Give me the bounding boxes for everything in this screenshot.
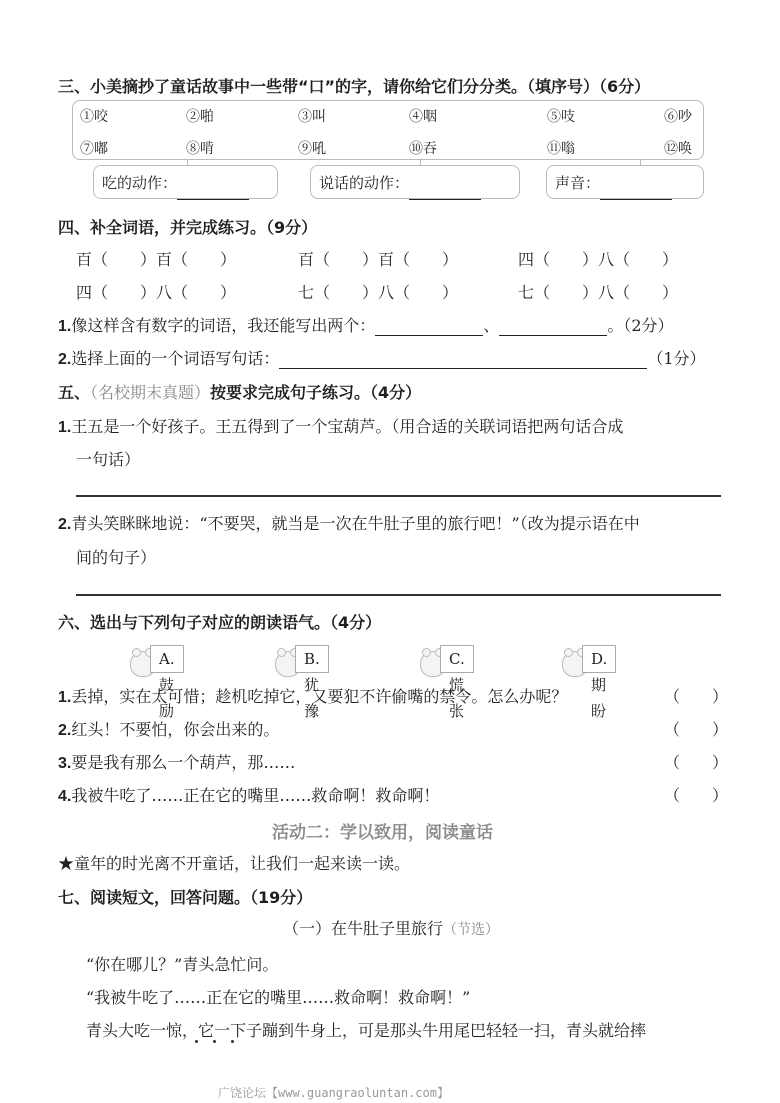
activity-intro: ★童年的时光离不开童话，让我们一起来读一读。 <box>58 851 410 874</box>
category-speaking: 说话的动作： <box>310 165 520 199</box>
char-4: ④咽 <box>409 106 437 126</box>
q6-item-4: 4.我被牛吃了……正在它的嘴里……救命啊！救命啊！ <box>58 783 439 806</box>
word-blank[interactable]: 四（ ）八（ ） <box>518 247 678 270</box>
answer-paren[interactable]: （ ） <box>664 783 728 806</box>
answer-paren[interactable]: （ ） <box>664 717 728 740</box>
answer-paren[interactable]: （ ） <box>664 684 728 707</box>
answer-blank[interactable] <box>600 179 672 200</box>
q3-title: 三、小美摘抄了童话故事中一些带“口”的字，请你给它们分分类。（填序号）（6分） <box>58 74 650 97</box>
char-box <box>72 100 704 160</box>
q4-item-2: 2.选择上面的一个词语写句话：（1分） <box>58 346 706 369</box>
word-blank[interactable]: 百（ ）百（ ） <box>76 247 236 270</box>
answer-blank[interactable] <box>177 179 249 200</box>
word-blank[interactable]: 四（ ）八（ ） <box>76 280 236 303</box>
q6-item-1: 1.丢掉，实在太可惜；趁机吃掉它，又要犯不许偷嘴的禁令。怎么办呢？ <box>58 684 567 707</box>
q7-title: 七、阅读短文，回答问题。（19分） <box>58 885 312 908</box>
category-sound: 声音： <box>546 165 704 199</box>
char-7: ⑦嘟 <box>80 138 108 158</box>
char-6: ⑥吵 <box>664 106 692 126</box>
char-9: ⑨吼 <box>298 138 326 158</box>
q5-item-1: 1.王五是一个好孩子。王五得到了一个宝葫芦。（用合适的关联词语把两句话合成 <box>58 414 623 437</box>
paragraph: “我被牛吃了……正在它的嘴里……救命啊！救命啊！” <box>86 985 470 1008</box>
word-blank[interactable]: 七（ ）八（ ） <box>298 280 458 303</box>
q5-item-2-cont: 间的句子） <box>76 545 156 568</box>
paragraph: “你在哪儿？”青头急忙问。 <box>86 952 278 975</box>
answer-line[interactable] <box>76 594 721 596</box>
char-11: ⑪嗡 <box>547 138 575 158</box>
word-blank[interactable]: 七（ ）八（ ） <box>518 280 678 303</box>
q5-item-1-cont: 一句话） <box>76 447 140 470</box>
passage-title: （一）在牛肚子里旅行（节选） <box>283 916 499 939</box>
answer-blank[interactable] <box>279 348 647 369</box>
answer-blank[interactable] <box>499 315 607 336</box>
q4-item-1: 1.像这样含有数字的词语，我还能写出两个：、。（2分） <box>58 313 674 336</box>
char-2: ②啪 <box>186 106 214 126</box>
watermark: 广饶论坛【www.guangraoluntan.com】 <box>218 1084 449 1101</box>
paragraph: 青头大吃一惊，它一下子蹦到牛身上，可是那头牛用尾巴轻轻一扫，青头就给摔 <box>86 1018 646 1041</box>
source-tag: （名校期末真题） <box>90 383 210 402</box>
char-8: ⑧啃 <box>186 138 214 158</box>
answer-line[interactable] <box>76 495 721 497</box>
answer-blank[interactable] <box>375 315 483 336</box>
emphasis-dot <box>195 1040 198 1043</box>
char-1: ①咬 <box>80 106 108 126</box>
q6-item-3: 3.要是我有那么一个葫芦，那…… <box>58 750 295 773</box>
word-blank[interactable]: 百（ ）百（ ） <box>298 247 458 270</box>
q5-item-2: 2.青头笑眯眯地说：“不要哭，就当是一次在牛肚子里的旅行吧！”（改为提示语在中 <box>58 511 640 534</box>
answer-blank[interactable] <box>409 179 481 200</box>
q6-title: 六、选出与下列句子对应的朗读语气。（4分） <box>58 610 381 633</box>
answer-paren[interactable]: （ ） <box>664 750 728 773</box>
q4-title: 四、补全词语，并完成练习。（9分） <box>58 215 317 238</box>
activity-title: 活动二：学以致用，阅读童话 <box>272 818 493 843</box>
char-10: ⑩吞 <box>409 138 437 158</box>
char-3: ③叫 <box>298 106 326 126</box>
q5-title: 五、（名校期末真题）按要求完成句子练习。（4分） <box>58 380 421 403</box>
emphasis-dot <box>231 1040 234 1043</box>
q6-item-2: 2.红头！不要怕，你会出来的。 <box>58 717 279 740</box>
char-5: ⑤吱 <box>547 106 575 126</box>
char-12: ⑫唤 <box>664 138 692 158</box>
category-eating: 吃的动作： <box>93 165 278 199</box>
emphasis-dot <box>213 1040 216 1043</box>
